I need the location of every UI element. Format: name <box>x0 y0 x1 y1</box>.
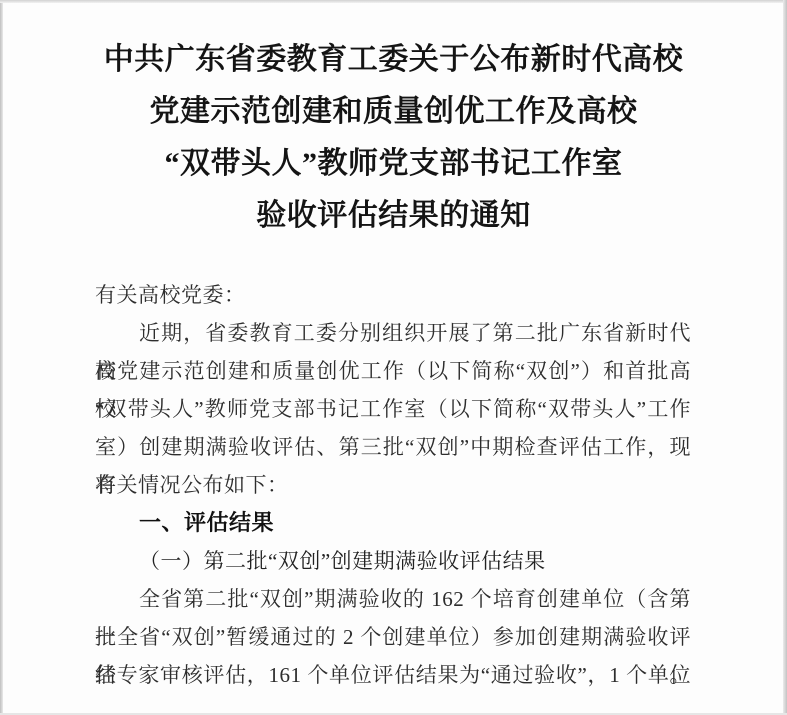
paragraph-line: 室）创建期满验收评估、第三批“双创”中期检查评估工作，现将 <box>95 428 691 466</box>
title-line: 党建示范创建和质量创优工作及高校 <box>0 86 787 138</box>
paragraph-line: 有关情况公布如下： <box>95 466 691 504</box>
paragraph-line: 校党建示范创建和质量创优工作（以下简称“双创”）和首批高校 <box>95 352 691 390</box>
paragraph-line: 经专家审核评估，161 个单位评估结果为“通过验收”，1 个单位 <box>95 656 691 694</box>
scan-edge-left <box>0 0 3 715</box>
title-line: “双带头人”教师党支部书记工作室 <box>0 138 787 190</box>
paragraph-line: “双带头人”教师党支部书记工作室（以下简称“双带头人”工作 <box>95 390 691 428</box>
paragraph-line: 批全省“双创”暂缓通过的 2 个创建单位）参加创建期满验收评估。 <box>95 618 691 656</box>
title-line: 验收评估结果的通知 <box>0 190 787 242</box>
document-page: 中共广东省委教育工委关于公布新时代高校 党建示范创建和质量创优工作及高校 “双带… <box>0 0 787 715</box>
paragraph-line: 全省第二批“双创”期满验收的 162 个培育创建单位（含第一 <box>95 580 691 618</box>
salutation: 有关高校党委： <box>95 276 691 314</box>
scan-edge-top <box>0 0 787 3</box>
scan-edge-right <box>783 0 787 715</box>
paragraph-line: 近期，省委教育工委分别组织开展了第二批广东省新时代高 <box>95 314 691 352</box>
section-heading: 一、评估结果 <box>95 504 691 542</box>
title-line: 中共广东省委教育工委关于公布新时代高校 <box>0 34 787 86</box>
document-title: 中共广东省委教育工委关于公布新时代高校 党建示范创建和质量创优工作及高校 “双带… <box>0 0 787 242</box>
subsection-heading: （一）第二批“双创”创建期满验收评估结果 <box>95 542 691 580</box>
document-body: 有关高校党委： 近期，省委教育工委分别组织开展了第二批广东省新时代高 校党建示范… <box>95 276 691 694</box>
